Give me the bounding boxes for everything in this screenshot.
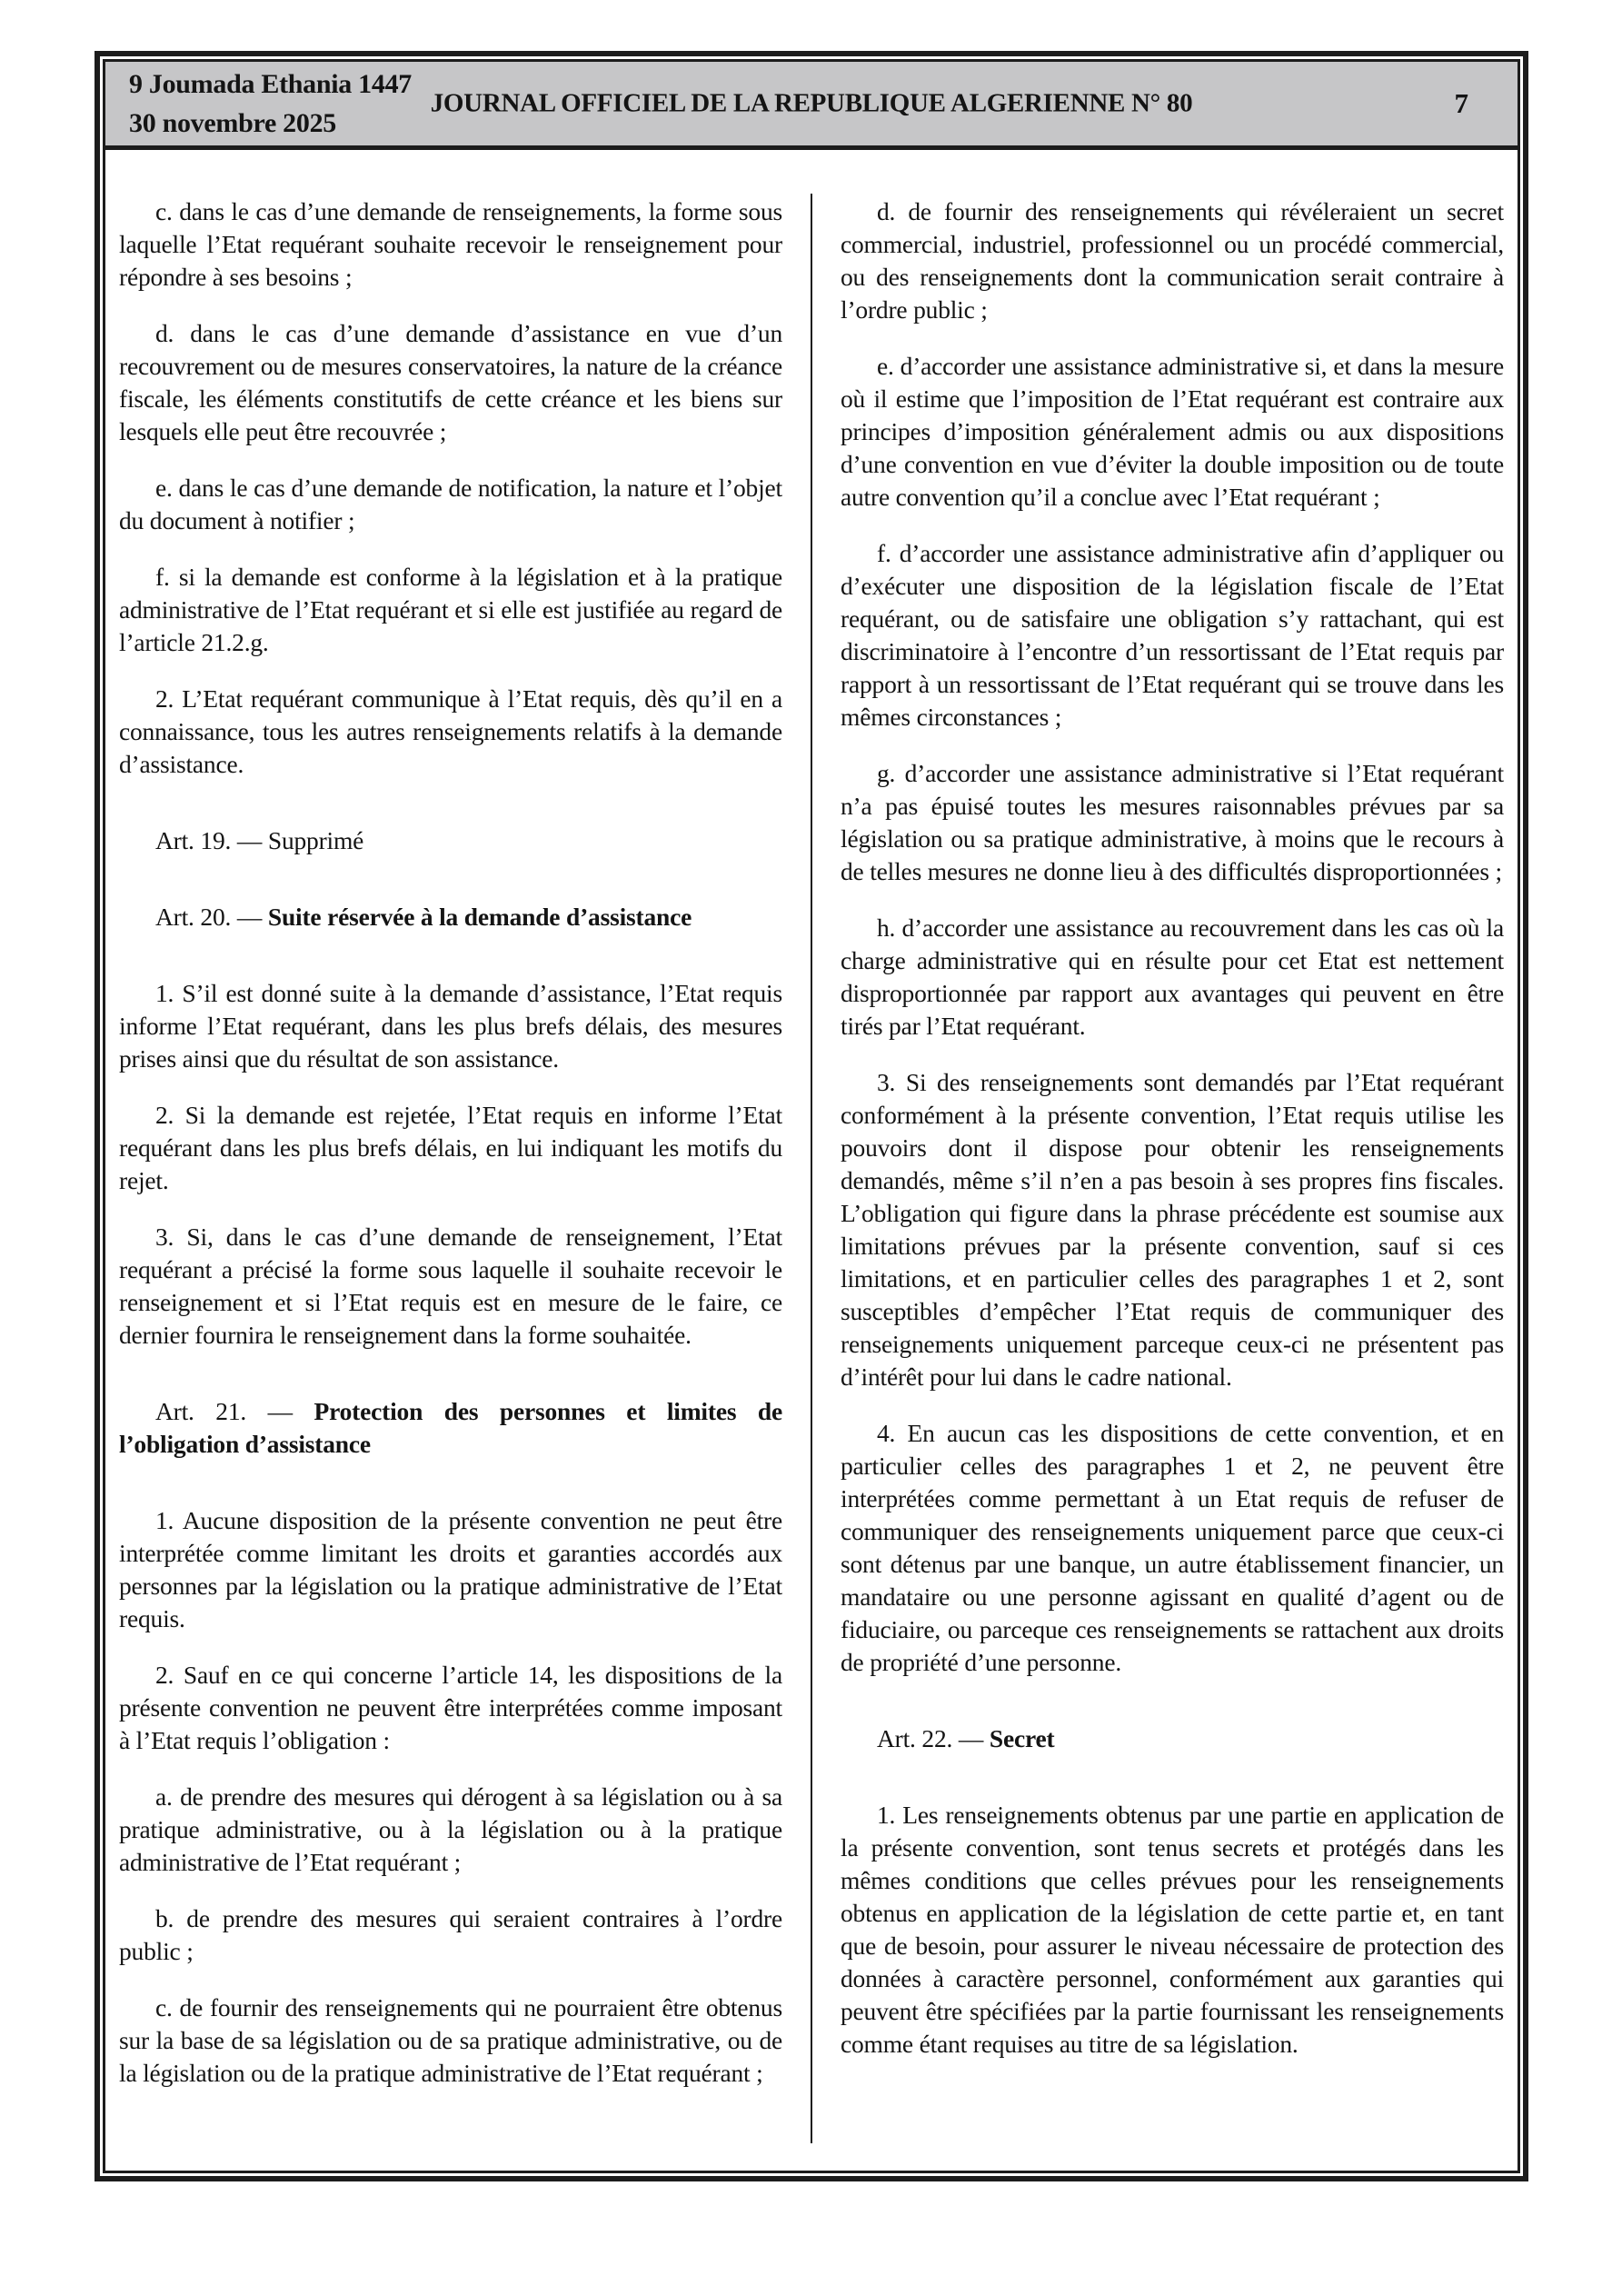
article-heading: Art. 21. — Protection des personnes et l… — [119, 1395, 782, 1461]
article-title: Suite réservée à la demande d’assistance — [268, 903, 692, 931]
article-label: Art. 19. — — [155, 826, 268, 854]
paragraph: 3. Si des renseignements sont demandés p… — [841, 1066, 1504, 1393]
left-column: c. dans le cas d’une demande de renseign… — [119, 195, 782, 2090]
page-number: 7 — [1455, 87, 1469, 120]
article-heading: Art. 19. — Supprimé — [119, 824, 782, 857]
column-divider-rule — [811, 194, 812, 2143]
paragraph: g. d’accorder une assistance administrat… — [841, 757, 1504, 888]
article-title: Supprimé — [268, 826, 363, 854]
article-heading: Art. 22. — Secret — [841, 1722, 1504, 1755]
paragraph: c. dans le cas d’une demande de renseign… — [119, 195, 782, 294]
paragraph: 1. Les renseignements obtenus par une pa… — [841, 1799, 1504, 2061]
paragraph: 1. S’il est donné suite à la demande d’a… — [119, 977, 782, 1075]
page-frame-inner: 9 Joumada Ethania 1447 30 novembre 2025 … — [103, 59, 1520, 2173]
page-frame: 9 Joumada Ethania 1447 30 novembre 2025 … — [95, 51, 1528, 2181]
paragraph: 4. En aucun cas les dispositions de cett… — [841, 1417, 1504, 1679]
article-label: Art. 20. — — [155, 903, 268, 931]
page-body: c. dans le cas d’une demande de renseign… — [105, 150, 1518, 2171]
paragraph: b. de prendre des mesures qui seraient c… — [119, 1902, 782, 1968]
paragraph: 2. Si la demande est rejetée, l’Etat req… — [119, 1099, 782, 1197]
paragraph: d. de fournir des renseignements qui rév… — [841, 195, 1504, 326]
article-title: Secret — [990, 1724, 1055, 1752]
article-label: Art. 22. — — [877, 1724, 990, 1752]
paragraph: a. de prendre des mesures qui dérogent à… — [119, 1781, 782, 1879]
right-column: d. de fournir des renseignements qui rév… — [841, 195, 1504, 2061]
journal-page: 9 Joumada Ethania 1447 30 novembre 2025 … — [0, 0, 1622, 2296]
paragraph: h. d’accorder une assistance au recouvre… — [841, 912, 1504, 1043]
paragraph: c. de fournir des renseignements qui ne … — [119, 1992, 782, 2090]
article-heading: Art. 20. — Suite réservée à la demande d… — [119, 901, 782, 933]
journal-title: JOURNAL OFFICIEL DE LA REPUBLIQUE ALGERI… — [105, 89, 1518, 119]
paragraph: 1. Aucune disposition de la présente con… — [119, 1504, 782, 1635]
paragraph: e. d’accorder une assistance administrat… — [841, 350, 1504, 514]
paragraph: 2. Sauf en ce qui concerne l’article 14,… — [119, 1659, 782, 1757]
page-header: 9 Joumada Ethania 1447 30 novembre 2025 … — [105, 62, 1518, 150]
paragraph: f. d’accorder une assistance administrat… — [841, 537, 1504, 734]
paragraph: d. dans le cas d’une demande d’assistanc… — [119, 317, 782, 448]
paragraph: 2. L’Etat requérant communique à l’Etat … — [119, 683, 782, 781]
article-label: Art. 21. — — [155, 1397, 314, 1425]
paragraph: 3. Si, dans le cas d’une demande de rens… — [119, 1221, 782, 1352]
paragraph: f. si la demande est conforme à la légis… — [119, 561, 782, 659]
paragraph: e. dans le cas d’une demande de notifica… — [119, 472, 782, 537]
